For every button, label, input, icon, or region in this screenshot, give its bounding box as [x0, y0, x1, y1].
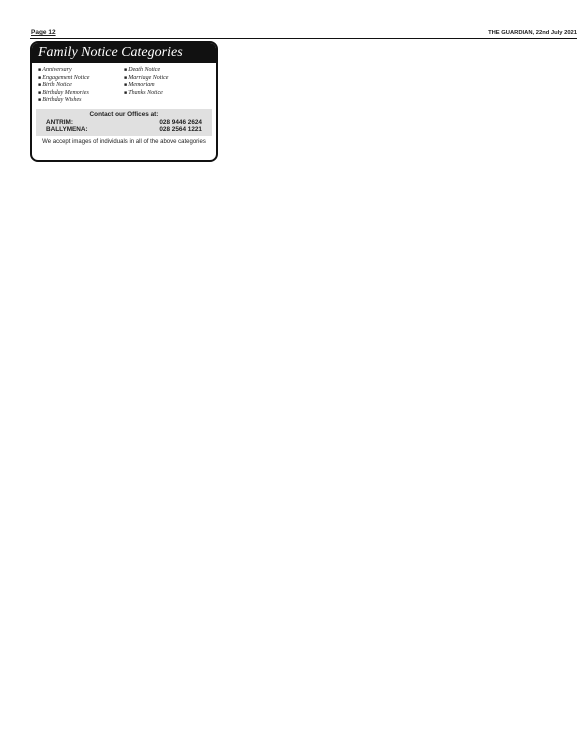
newspaper-dateline: THE GUARDIAN, 22nd July 2021 — [488, 30, 577, 36]
category-item: Birth Notice — [38, 82, 124, 90]
category-item: Birthday Memories — [38, 90, 124, 98]
office-name: ANTRIM: — [46, 119, 73, 127]
header-rule — [30, 38, 577, 39]
category-box: Family Notice Categories Anniversary Dea… — [30, 41, 218, 162]
category-item: Thanks Notice — [124, 90, 210, 98]
category-item: Marriage Notice — [124, 75, 210, 83]
category-item: Birthday Wishes — [38, 97, 124, 105]
page-number: Page 12 — [31, 30, 56, 36]
contact-title: Contact our Offices at: — [46, 111, 202, 119]
office-name: BALLYMENA: — [46, 126, 88, 134]
contact-panel: Contact our Offices at: ANTRIM:028 9446 … — [36, 109, 212, 136]
category-title: Family Notice Categories — [32, 43, 216, 63]
page-header: Page 12 THE GUARDIAN, 22nd July 2021 — [30, 30, 577, 38]
category-item: Anniversary — [38, 67, 124, 75]
accept-note: We accept images of individuals in all o… — [32, 138, 216, 147]
category-item: Engagement Notice — [38, 75, 124, 83]
office-phone: 028 9446 2624 — [159, 119, 202, 127]
category-item: Memoriam — [124, 82, 210, 90]
category-list: Anniversary Death Notice Engagement Noti… — [32, 63, 216, 107]
category-item: Death Notice — [124, 67, 210, 75]
office-phone: 028 2564 1221 — [159, 126, 202, 134]
